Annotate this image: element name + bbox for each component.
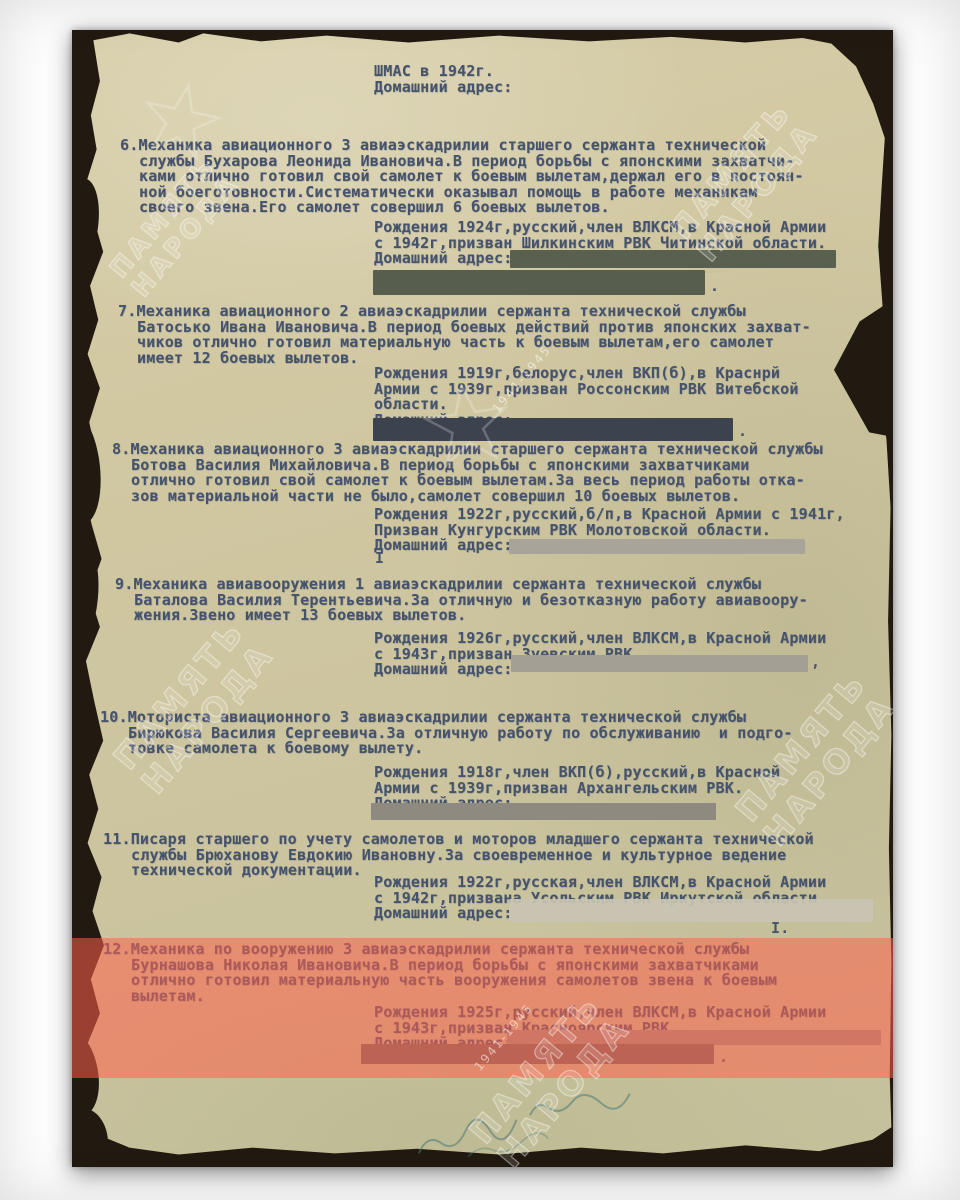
scanned-document-page: ШМАС в 1942г. Домашний адрес: 6.Механика… (0, 0, 960, 1200)
redaction-bar (511, 655, 808, 672)
redaction-bar (361, 1044, 714, 1064)
entry-number: 7. (118, 302, 136, 320)
entry-7-body: 7.Механика авиационного 2 авиаэскадрилии… (118, 304, 811, 366)
stray-mark: . (719, 1050, 728, 1066)
entry-9-body: 9.Механика авиавооружения 1 авиаэскадрил… (115, 577, 808, 624)
typewritten-content: ШМАС в 1942г. Домашний адрес: 6.Механика… (72, 30, 893, 1167)
text-line: отлично готовил материальную часть воору… (131, 973, 777, 989)
entry-number: 10. (100, 708, 128, 726)
stray-mark: . (710, 279, 719, 295)
entry-12-body: 12.Механика по вооружению 3 авиаэскадрил… (103, 942, 777, 1004)
stray-mark: . (738, 424, 747, 440)
entry-number: 9. (115, 575, 133, 593)
stray-mark: I (375, 551, 384, 567)
entry-10-body: 10.Моториста авиационного 3 авиаэскадрил… (100, 710, 793, 757)
entry-8-body: 8.Механика авиационного 3 авиаэскадрилии… (112, 442, 823, 504)
handwritten-note (398, 1047, 745, 1167)
stray-mark: I. (771, 921, 789, 937)
header-line: Домашний адрес: (374, 80, 512, 96)
entry-11-body: 11.Писаря старшего по учету самолетов и … (103, 832, 814, 879)
redaction-bar (510, 250, 836, 268)
redaction-bar (373, 418, 733, 441)
page-header: ШМАС в 1942г. Домашний адрес: (374, 64, 512, 95)
entry-number: 11. (103, 830, 131, 848)
redaction-bar (373, 270, 705, 295)
redaction-bar (509, 539, 805, 554)
text-line: зов материальной части не было,самолет с… (131, 489, 823, 505)
redaction-bar (371, 803, 716, 820)
redaction-bar (507, 1030, 881, 1045)
text-line: товке самолета к боевому вылету. (128, 741, 793, 757)
entry-number: 12. (103, 940, 131, 958)
text-line: своего звена.Его самолет совершил 6 боев… (139, 200, 804, 216)
document-scan: ШМАС в 1942г. Домашний адрес: 6.Механика… (72, 30, 893, 1167)
entry-number: 8. (112, 440, 130, 458)
entry-6-body: 6.Механика авиационного 3 авиаэскадрилии… (120, 138, 804, 216)
text-line: жения.Звено имеет 13 боевых вылетов. (134, 608, 808, 624)
stray-mark: , (811, 655, 820, 671)
entry-number: 6. (120, 136, 138, 154)
redaction-bar (509, 899, 873, 922)
